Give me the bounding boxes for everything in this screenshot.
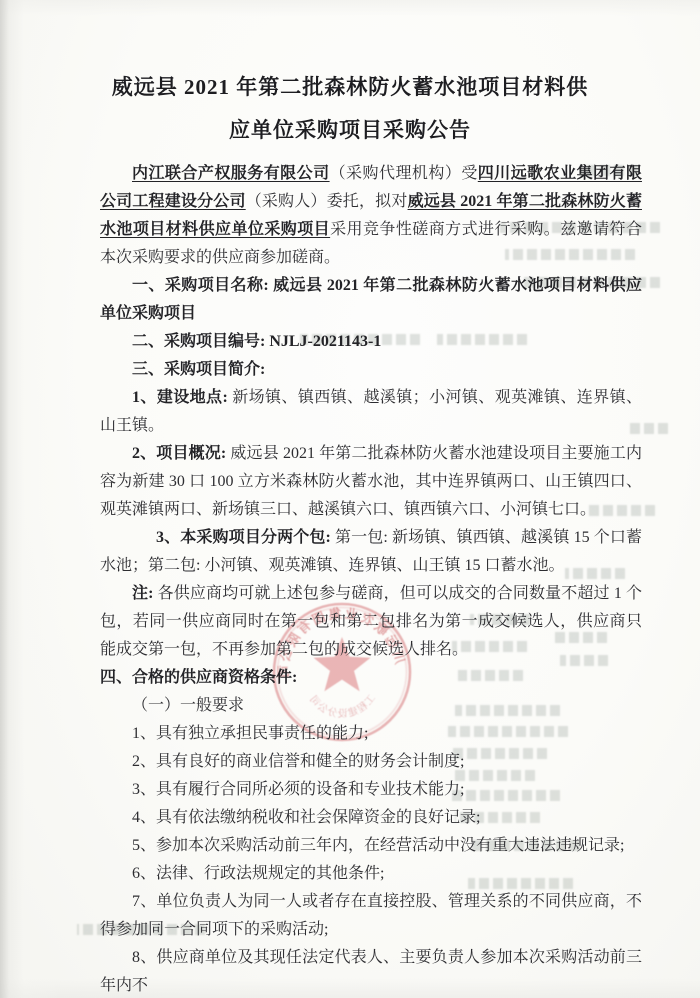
paragraph: 8、供应商单位及其现任法定代表人、主要负责人参加本次采购活动前三年内不 bbox=[100, 944, 642, 998]
paragraph: 3、本采购项目分两个包: 第一包: 新场镇、镇西镇、越溪镇 15 个口蓄水池；第… bbox=[100, 524, 642, 580]
text-run: 1、建设地点: bbox=[132, 389, 232, 406]
text-run: 三、采购项目简介: bbox=[132, 361, 265, 378]
paragraph: 1、具有独立承担民事责任的能力; bbox=[100, 720, 642, 748]
paragraph: 2、具有良好的商业信誉和健全的财务会计制度; bbox=[100, 748, 642, 776]
text-run: 2、项目概况: bbox=[132, 445, 230, 462]
document-title: 威远县 2021 年第二批森林防火蓄水池项目材料供 应单位采购项目采购公告 bbox=[0, 0, 700, 152]
paragraph: 6、法律、行政法规规定的其他条件; bbox=[100, 860, 642, 888]
text-run: 4、具有依法缴纳税收和社会保障资金的良好记录; bbox=[132, 809, 480, 826]
text-run: 3、本采购项目分两个包: bbox=[156, 529, 335, 546]
paragraph: 5、参加本次采购活动前三年内，在经营活动中没有重大违法违规记录; bbox=[100, 832, 642, 860]
text-run: 1、具有独立承担民事责任的能力; bbox=[132, 725, 368, 742]
paper-sheet: 四川远歌农业集团有限公司 工程建设分公司 威远县 2021 年第二批森林防火蓄水… bbox=[0, 0, 700, 998]
text-run: 2、具有良好的商业信誉和健全的财务会计制度; bbox=[132, 753, 464, 770]
text-run: 各供应商均可就上述包参与磋商，但可以成交的合同数量不超过 1 个包，若同一供应商… bbox=[100, 585, 642, 658]
paragraph: 四、合格的供应商资格条件: bbox=[100, 664, 642, 692]
paragraph: 二、采购项目编号: NJLJ-2021143-1 bbox=[100, 328, 642, 356]
text-run: 5、参加本次采购活动前三年内，在经营活动中没有重大违法违规记录; bbox=[132, 837, 624, 854]
text-run: 3、具有履行合同所必须的设备和专业技术能力; bbox=[132, 781, 464, 798]
document-body: 内江联合产权服务有限公司（采购代理机构）受四川远歌农业集团有限公司工程建设分公司… bbox=[100, 160, 642, 998]
text-run: 内江联合产权服务有限公司 bbox=[132, 165, 330, 182]
paragraph: 内江联合产权服务有限公司（采购代理机构）受四川远歌农业集团有限公司工程建设分公司… bbox=[100, 160, 642, 272]
paragraph: 3、具有履行合同所必须的设备和专业技术能力; bbox=[100, 776, 642, 804]
paragraph: 7、单位负责人为同一人或者存在直接控股、管理关系的不同供应商，不得参加同一合同项… bbox=[100, 888, 642, 944]
text-run: （采购人）委托，拟对 bbox=[246, 193, 408, 210]
paragraph: 1、建设地点: 新场镇、镇西镇、越溪镇；小河镇、观英滩镇、连界镇、山王镇。 bbox=[100, 384, 642, 440]
paragraph: 注: 各供应商均可就上述包参与磋商，但可以成交的合同数量不超过 1 个包，若同一… bbox=[100, 580, 642, 664]
text-run: 8、供应商单位及其现任法定代表人、主要负责人参加本次采购活动前三年内不 bbox=[100, 949, 642, 994]
text-run: 6、法律、行政法规规定的其他条件; bbox=[132, 865, 384, 882]
text-run: 四、合格的供应商资格条件: bbox=[100, 669, 297, 686]
text-run: 二、采购项目编号: NJLJ-2021143-1 bbox=[132, 333, 381, 350]
text-run: （一）一般要求 bbox=[132, 697, 244, 714]
paragraph: 三、采购项目简介: bbox=[100, 356, 642, 384]
paragraph: 一、采购项目名称: 威远县 2021 年第二批森林防火蓄水池项目材料供应单位采购… bbox=[100, 272, 642, 328]
paragraph: 4、具有依法缴纳税收和社会保障资金的良好记录; bbox=[100, 804, 642, 832]
text-run: （采购代理机构）受 bbox=[330, 165, 478, 182]
scanned-document-page: 四川远歌农业集团有限公司 工程建设分公司 威远县 2021 年第二批森林防火蓄水… bbox=[0, 0, 700, 998]
paragraph: （一）一般要求 bbox=[100, 692, 642, 720]
title-line-1: 威远县 2021 年第二批森林防火蓄水池项目材料供 bbox=[0, 66, 700, 109]
text-run: 一、采购项目名称: 威远县 2021 年第二批森林防火蓄水池项目材料供应单位采购… bbox=[100, 277, 642, 322]
text-run: 注: bbox=[132, 585, 158, 602]
title-line-2: 应单位采购项目采购公告 bbox=[0, 109, 700, 152]
text-run: 7、单位负责人为同一人或者存在直接控股、管理关系的不同供应商，不得参加同一合同项… bbox=[100, 893, 642, 938]
paragraph: 2、项目概况: 威远县 2021 年第二批森林防火蓄水池建设项目主要施工内容为新… bbox=[100, 440, 642, 524]
